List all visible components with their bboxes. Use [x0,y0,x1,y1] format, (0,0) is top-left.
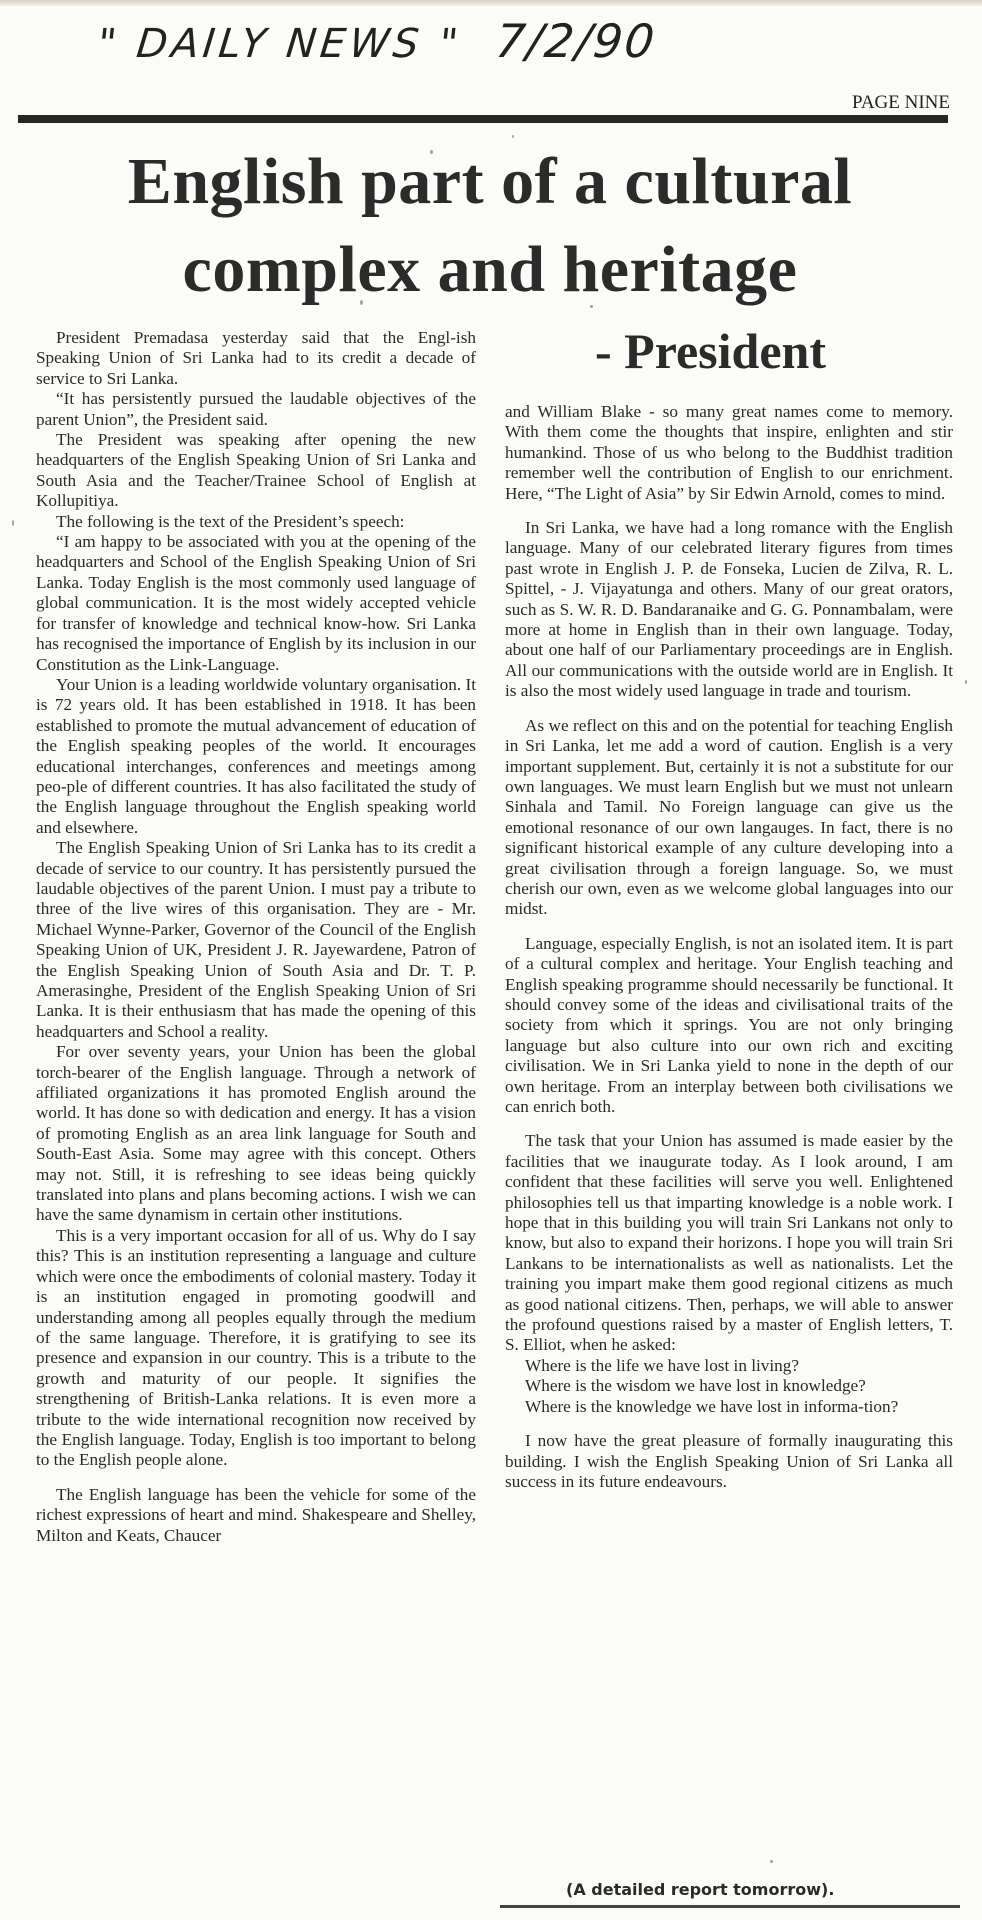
paragraph: The following is the text of the Preside… [36,512,476,532]
photocopy-speck [430,150,433,154]
paragraph: “I am happy to be associated with you at… [36,532,476,675]
paragraph: For over seventy years, your Union has b… [36,1042,476,1226]
paragraph: Language, especially English, is not an … [505,934,953,1118]
verse-line: Where is the knowledge we have lost in i… [505,1397,953,1417]
photocopy-speck [512,135,514,138]
paragraph: “It has persistently pursued the laudabl… [36,389,476,430]
left-column: President Premadasa yesterday said that … [36,328,476,1546]
paragraph: Your Union is a leading worldwide volunt… [36,675,476,838]
right-column: and William Blake - so many great names … [505,402,953,1492]
handwritten-date: 7/2/90 [493,14,659,68]
paragraph: and William Blake - so many great names … [505,402,953,504]
paragraph: President Premadasa yesterday said that … [36,328,476,389]
handwritten-source: " DAILY NEWS " [95,21,464,67]
paragraph: This is a very important occasion for al… [36,1226,476,1471]
footer-note: (A detailed report tomorrow). [566,1880,834,1899]
paragraph: The English Speaking Union of Sri Lanka … [36,838,476,1042]
attribution: - President [595,322,826,380]
paragraph: The task that your Union has assumed is … [505,1131,953,1355]
paragraph: In Sri Lanka, we have had a long romance… [505,518,953,702]
headline-line-1: English part of a cultural [20,138,960,226]
photocopy-speck [965,680,967,684]
paragraph: The President was speaking after opening… [36,430,476,512]
headline-line-2: complex and heritage [20,226,960,314]
headline: English part of a cultural complex and h… [20,138,960,314]
photocopy-speck [590,305,593,308]
bottom-rule-divider [500,1905,960,1908]
closing-paragraph: I now have the great pleasure of formall… [505,1431,953,1492]
verse-line: Where is the life we have lost in living… [505,1356,953,1376]
photocopy-speck [770,1860,773,1863]
top-rule-divider [18,115,948,123]
scan-edge [0,0,982,6]
photocopy-speck [360,300,363,305]
photocopy-speck [12,520,14,526]
page-label: PAGE NINE [852,92,950,114]
verse-line: Where is the wisdom we have lost in know… [505,1376,953,1396]
paragraph: The English language has been the vehicl… [36,1485,476,1546]
handwritten-annotation: " DAILY NEWS "7/2/90 [95,14,659,68]
paragraph: As we reflect on this and on the potenti… [505,716,953,920]
